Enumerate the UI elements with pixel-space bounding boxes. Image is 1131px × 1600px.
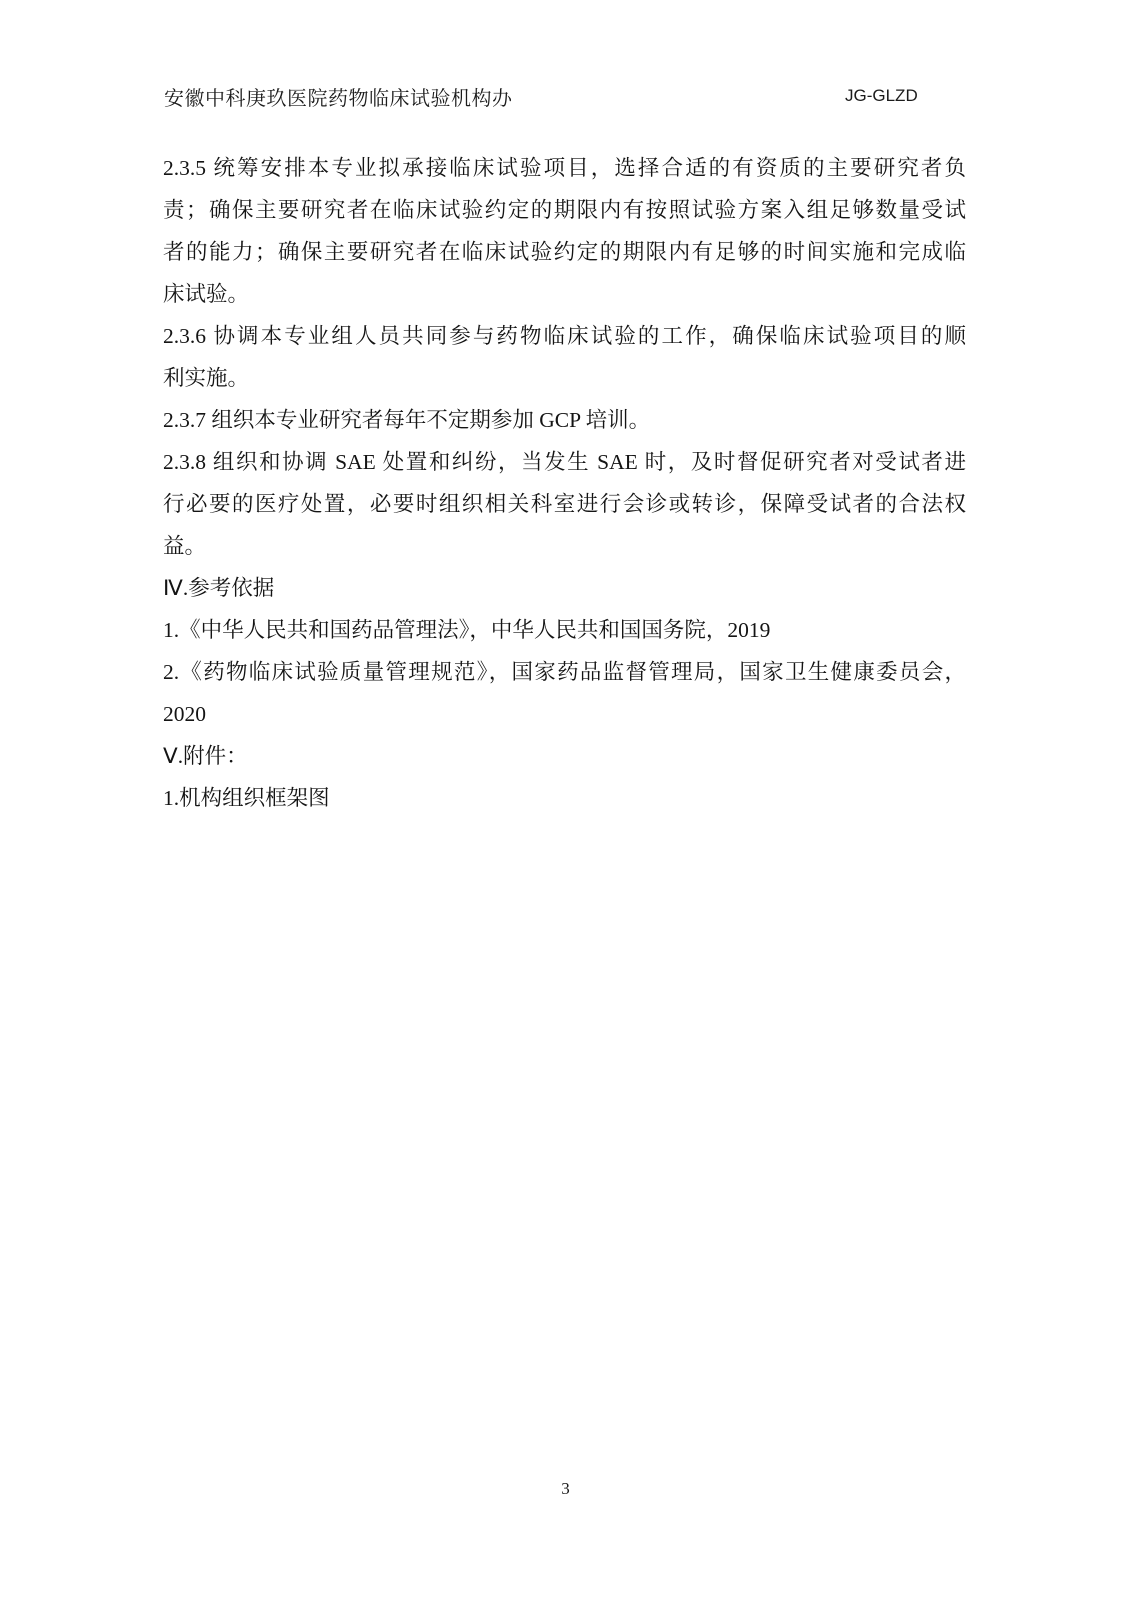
document-line: 2.3.6 协调本专业组人员共同参与药物临床试验的工作，确保临床试验项目的顺 <box>163 315 966 357</box>
document-line: 行必要的医疗处置，必要时组织相关科室进行会诊或转诊，保障受试者的合法权 <box>163 483 966 525</box>
document-line: 益。 <box>163 525 966 567</box>
header-institution-title: 安徽中科庚玖医院药物临床试验机构办 <box>164 82 513 111</box>
document-line: 利实施。 <box>163 357 966 399</box>
page-number: 3 <box>0 1479 1131 1499</box>
document-line: 2.3.7 组织本专业研究者每年不定期参加 GCP 培训。 <box>163 399 966 441</box>
section-heading-attachments: Ⅴ.附件： <box>163 735 966 777</box>
reference-item-continuation: 2020 <box>163 693 966 735</box>
document-line: 责；确保主要研究者在临床试验约定的期限内有按照试验方案入组足够数量受试 <box>163 189 966 231</box>
document-line: 2.3.8 组织和协调 SAE 处置和纠纷，当发生 SAE 时，及时督促研究者对… <box>163 441 966 483</box>
reference-item: 1.《中华人民共和国药品管理法》，中华人民共和国国务院，2019 <box>163 609 966 651</box>
document-line: 者的能力；确保主要研究者在临床试验约定的期限内有足够的时间实施和完成临 <box>163 231 966 273</box>
section-heading-references: Ⅳ.参考依据 <box>163 567 966 609</box>
reference-item: 2.《药物临床试验质量管理规范》，国家药品监督管理局，国家卫生健康委员会， <box>163 651 966 693</box>
attachment-item: 1.机构组织框架图 <box>163 777 966 819</box>
document-body: 2.3.5 统筹安排本专业拟承接临床试验项目，选择合适的有资质的主要研究者负 责… <box>163 147 966 819</box>
header-document-code: JG-GLZD <box>845 86 918 106</box>
document-line: 2.3.5 统筹安排本专业拟承接临床试验项目，选择合适的有资质的主要研究者负 <box>163 147 966 189</box>
document-line: 床试验。 <box>163 273 966 315</box>
document-page: 安徽中科庚玖医院药物临床试验机构办 JG-GLZD 2.3.5 统筹安排本专业拟… <box>0 0 1131 1600</box>
